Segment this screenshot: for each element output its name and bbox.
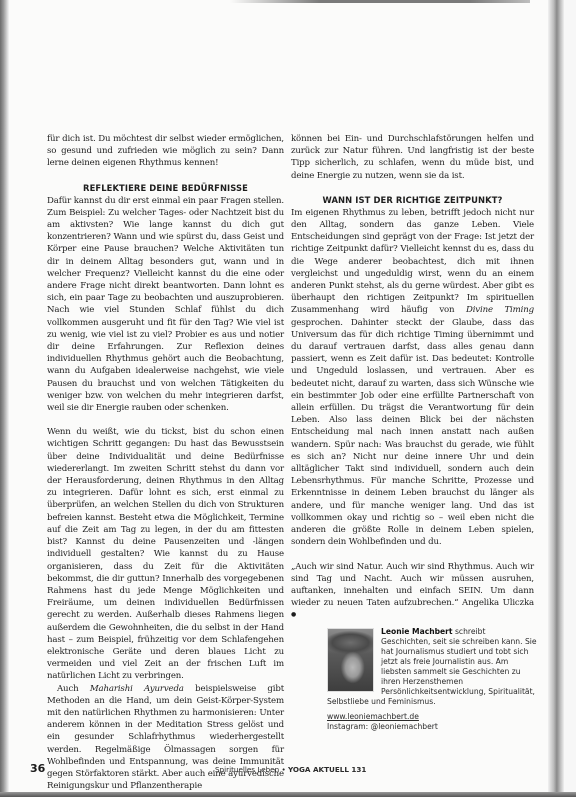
scan-edge-left [0,0,9,797]
author-links: www.leoniemachbert.de Instagram: @leonie… [327,712,537,732]
page-number: 36 [30,762,45,775]
p3-emphasis-maharishi-ayurveda: Maharishi Ayurveda [90,684,184,694]
author-bio-box: Leonie Machbert schreibt Geschichten, se… [327,627,537,732]
facing-page-edge [564,0,576,797]
section-heading-reflect-needs: REFLEKTIERE DEINE BEDÜRFNISSE [47,182,284,194]
section-heading-right-time: WANN IST DER RICHTIGE ZEITPUNKT? [291,194,534,206]
left-paragraph-1: Dafür kannst du dir erst einmal ein paar… [47,195,284,415]
p1-rest-text: gesprochen. Dahinter steckt der Glaube, … [291,318,534,548]
scan-edge-top [230,0,530,3]
p1-emphasis-divine-timing: Divine Timing [466,305,534,315]
right-intro-paragraph: können bei Ein- und Durchschlafstörungen… [291,133,534,182]
author-photo [327,628,374,692]
running-footer: Spirituelles Leben • YOGA AKTUELL 131 [215,765,366,774]
footer-magazine-issue: YOGA AKTUELL 131 [288,765,366,774]
quote-text: „Auch wir sind Natur. Auch wir sind Rhyt… [291,562,534,609]
left-intro-paragraph: für dich ist. Du möchtest dir selbst wie… [47,133,284,170]
p3-lead-text: Auch [57,684,90,694]
p1-lead-text: Im eigenen Rhythmus zu leben, betrifft j… [291,208,534,316]
right-column: können bei Ein- und Durchschlafstörungen… [291,133,534,622]
left-column: für dich ist. Du möchtest dir selbst wie… [47,133,284,792]
article-end-mark-icon: ● [291,611,296,618]
closing-quote: „Auch wir sind Natur. Auch wir sind Rhyt… [291,561,534,622]
author-name: Leonie Machbert [381,627,453,636]
p3-rest-text: beispielsweise gibt Methoden an die Hand… [47,684,284,792]
scan-edge-bottom [0,792,576,797]
right-paragraph-1: Im eigenen Rhythmus zu leben, betrifft j… [291,207,534,549]
left-paragraph-2: Wenn du weißt, wie du tickst, bist du sc… [47,426,284,682]
footer-section-name: Spirituelles Leben • [215,765,288,774]
author-website-link[interactable]: www.leoniemachbert.de [327,712,537,722]
left-paragraph-3: Auch Maharishi Ayurveda beispielsweise g… [47,683,284,793]
page-spine-fold [548,0,564,797]
author-instagram-handle: Instagram: @leoniemachbert [327,722,438,731]
